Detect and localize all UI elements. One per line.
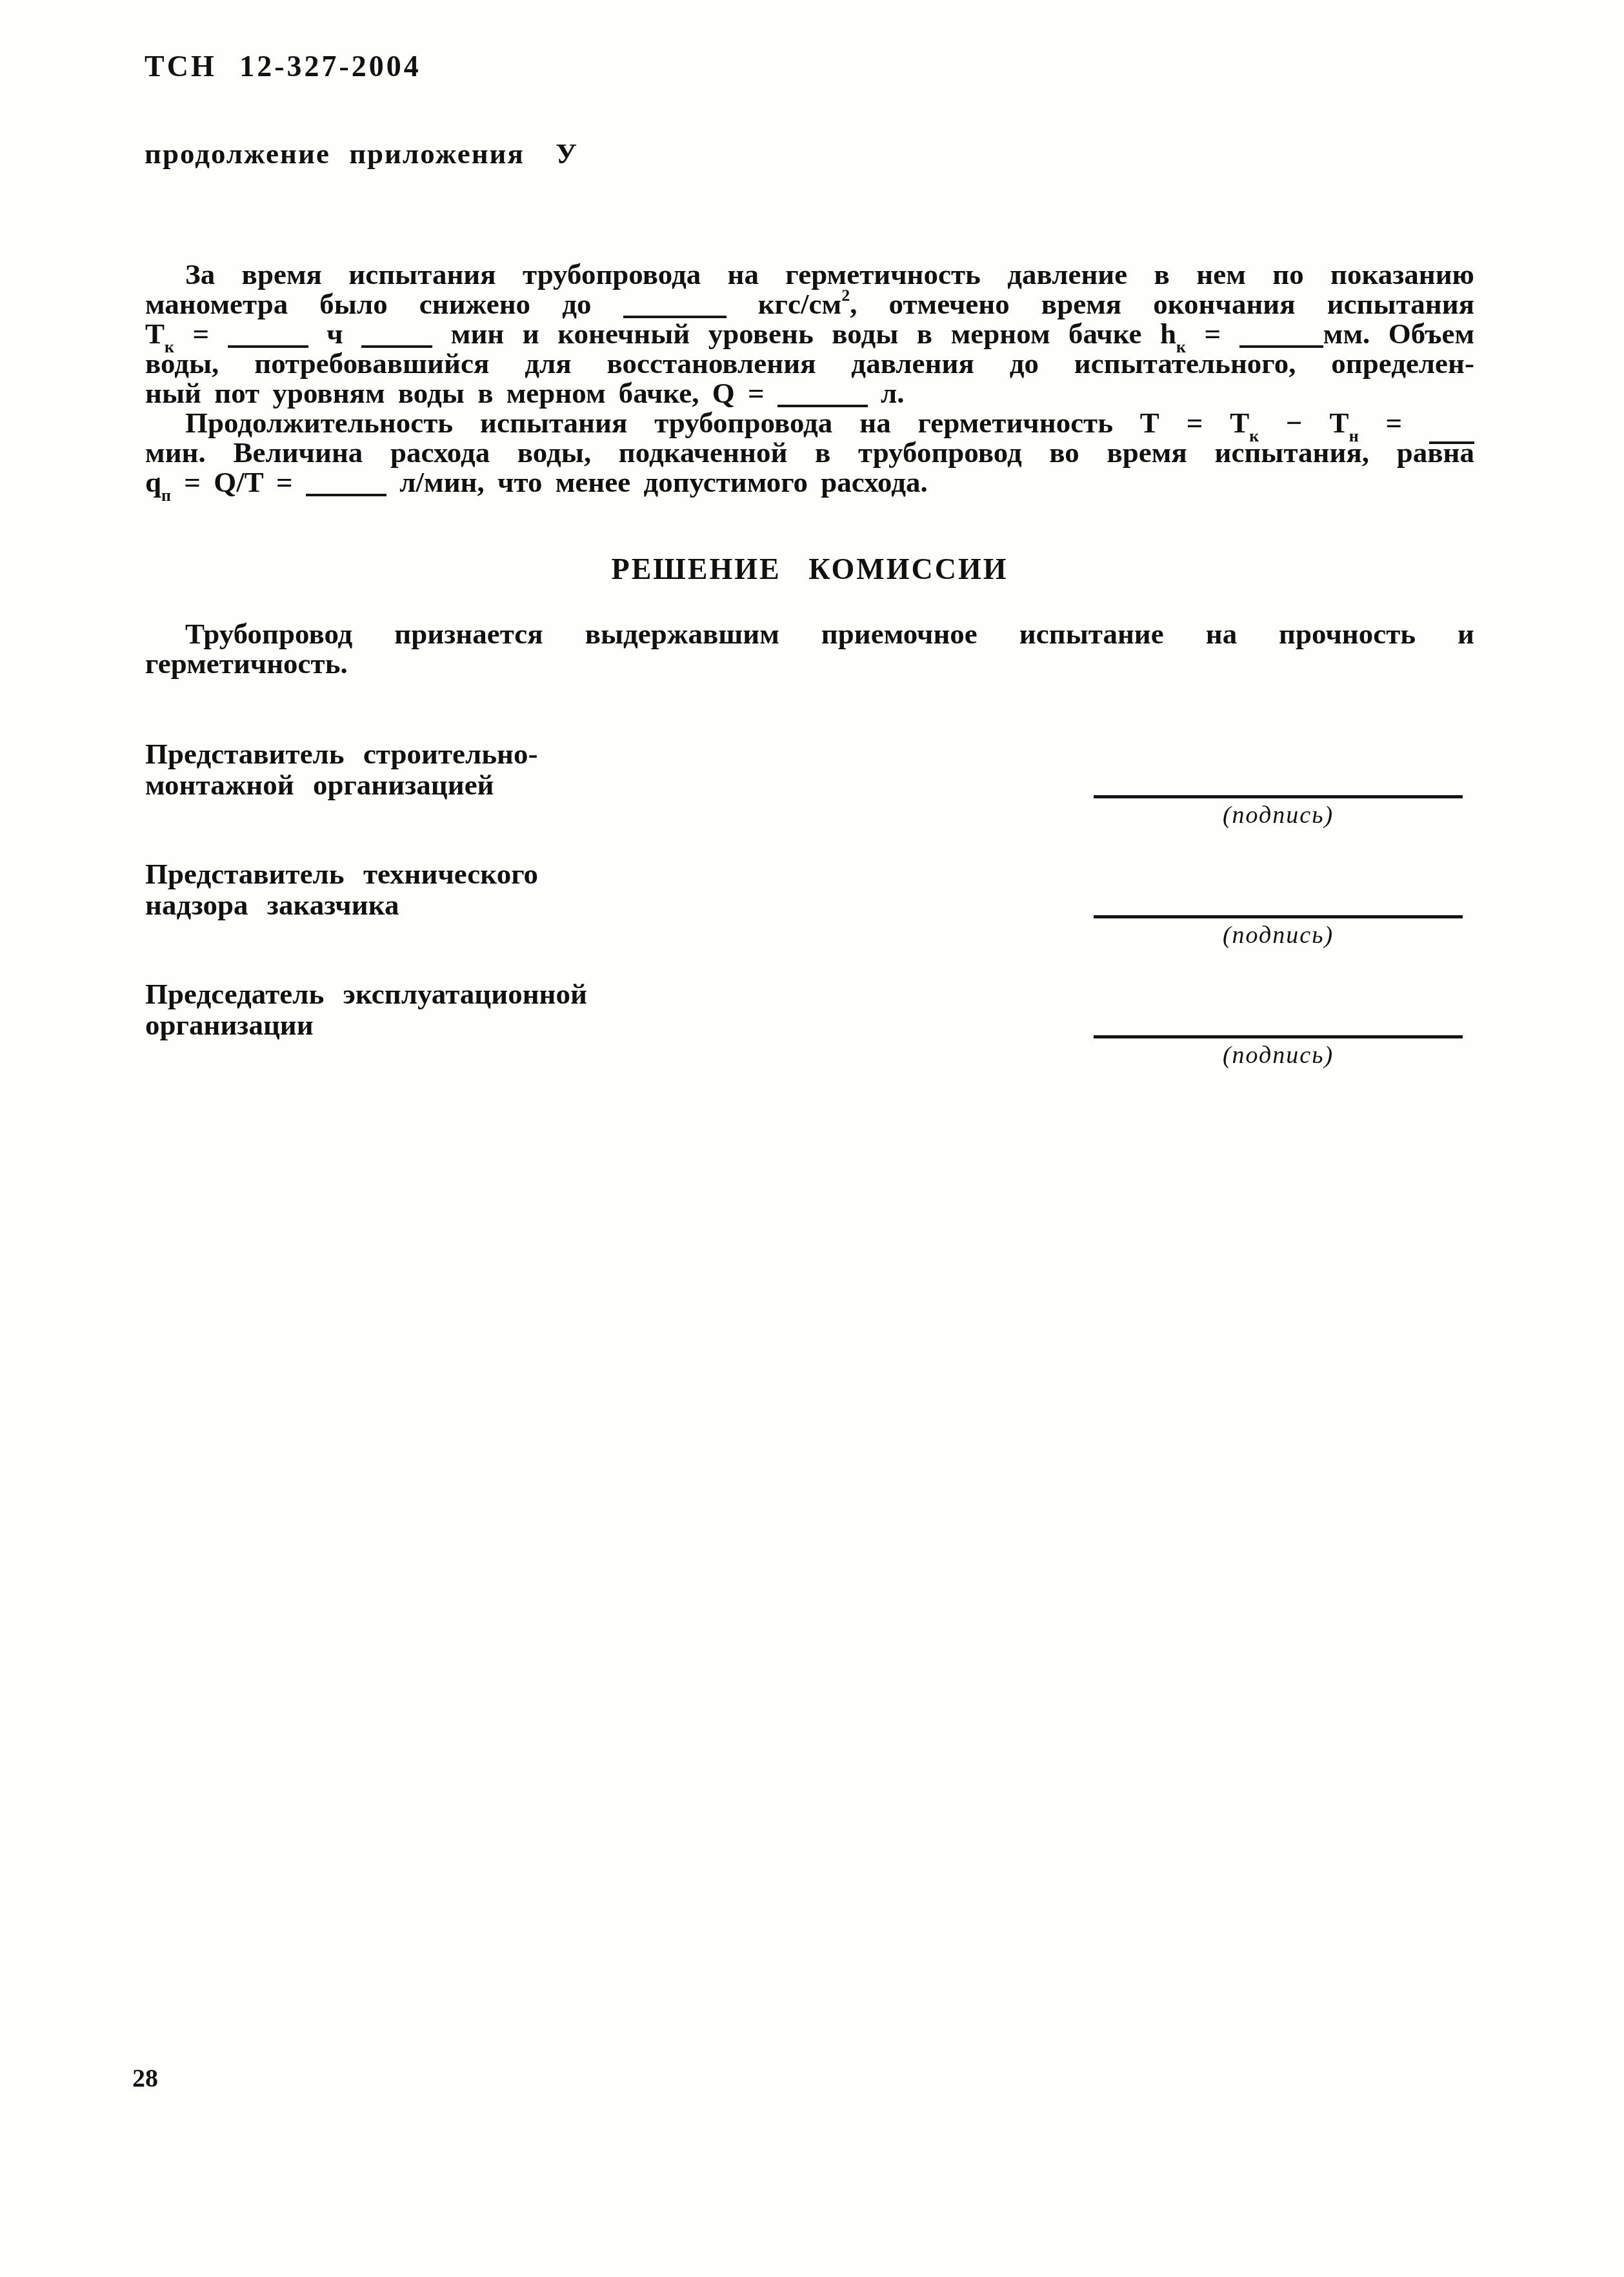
appendix-subtitle: продолжение приложенияУ: [145, 137, 578, 170]
signature-caption: (подпись): [1094, 918, 1463, 950]
para2-line1: Продолжительность испытания трубопровода…: [145, 408, 1474, 438]
blank-field-flow-rate: [306, 494, 386, 496]
text-run: Продолжительность испытания трубопровода…: [185, 407, 1249, 439]
signature-line: [1094, 978, 1463, 1038]
text-run: Продолжительность испытания трубопровода…: [185, 407, 1259, 439]
para1-line4: воды, потребовавшийся для восстановления…: [145, 349, 1474, 378]
signature-caption: (подпись): [1094, 798, 1463, 830]
signature-area: (подпись): [1094, 858, 1463, 950]
text-run: ч: [326, 318, 343, 350]
text-run: , отмечено время окончания испытания: [850, 288, 1474, 320]
text-run: − Т: [1286, 407, 1349, 439]
para1-line5: ный пот уровням воды в мерном бачке, Q =…: [145, 378, 1474, 408]
equals-sign: =: [1205, 318, 1221, 350]
equals-sign: =: [193, 318, 210, 350]
subtitle-text: продолжение приложения: [145, 137, 525, 170]
text-run: мм. Объем: [1323, 318, 1474, 350]
signature-block-builder: Представитель строительно- монтажной орг…: [145, 738, 1474, 858]
text-run: = Q/T =: [184, 466, 293, 498]
text-run: л/мин, что менее допустимого расхода.: [399, 466, 928, 498]
equals-sign: =: [1385, 407, 1402, 439]
text-run: мин и конечный уровень воды в мерном бач…: [451, 318, 1186, 350]
para2-line2: мин. Величина расхода воды, подкаченной …: [145, 438, 1474, 467]
text-run: − Тн: [1286, 407, 1359, 439]
unit-kgs-cm2: кгс/см2, отмечено время окончания испыта…: [758, 288, 1474, 320]
doc-code: ТСН 12-327-2004: [145, 49, 421, 83]
para1-line3: Тк = ч мин и конечный уровень воды в мер…: [145, 319, 1474, 349]
signature-block-tech-supervision: Представитель технического надзора заказ…: [145, 858, 1474, 978]
text-run: ный пот уровням воды в мерном бачке, Q =: [145, 377, 765, 409]
appendix-letter: У: [556, 137, 578, 170]
signature-line: [1094, 858, 1463, 918]
document-body: За время испытания трубопровода на герме…: [145, 259, 1474, 1098]
decision-paragraph: Трубопровод признается выдержавшим прием…: [145, 619, 1474, 678]
text-run: мин и конечный уровень воды в мерном бач…: [451, 318, 1176, 350]
superscript-2: 2: [841, 286, 850, 305]
page-number: 28: [132, 2063, 158, 2093]
signature-section: Представитель строительно- монтажной орг…: [145, 738, 1474, 1098]
signature-line: [1094, 738, 1463, 798]
decision-line2: герметичность.: [145, 649, 1474, 678]
signature-block-operations: Председатель эксплуатационной организаци…: [145, 978, 1474, 1098]
para1-line2: манометра было снижено до кгс/см2, отмеч…: [145, 289, 1474, 319]
decision-line1: Трубопровод признается выдержавшим прием…: [145, 619, 1474, 649]
subscript-p: п: [161, 486, 171, 505]
document-page: ТСН 12-327-2004 продолжение приложенияУ …: [0, 0, 1624, 2277]
signature-area: (подпись): [1094, 978, 1463, 1070]
signature-caption: (подпись): [1094, 1038, 1463, 1070]
decision-heading: РЕШЕНИЕ КОМИССИИ: [145, 554, 1474, 584]
text-run: манометра было снижено до: [145, 288, 591, 320]
text-run: q: [145, 466, 161, 498]
text-run: Т: [145, 318, 165, 350]
para1-line1: За время испытания трубопровода на герме…: [145, 259, 1474, 289]
var-Tk: Тк: [145, 318, 174, 350]
signature-area: (подпись): [1094, 738, 1463, 830]
text-run: л.: [881, 377, 905, 409]
text-run: кгс/см: [758, 288, 841, 320]
var-qp: qп: [145, 466, 171, 498]
para2-line3: qп = Q/T = л/мин, что менее допустимого …: [145, 467, 1474, 497]
